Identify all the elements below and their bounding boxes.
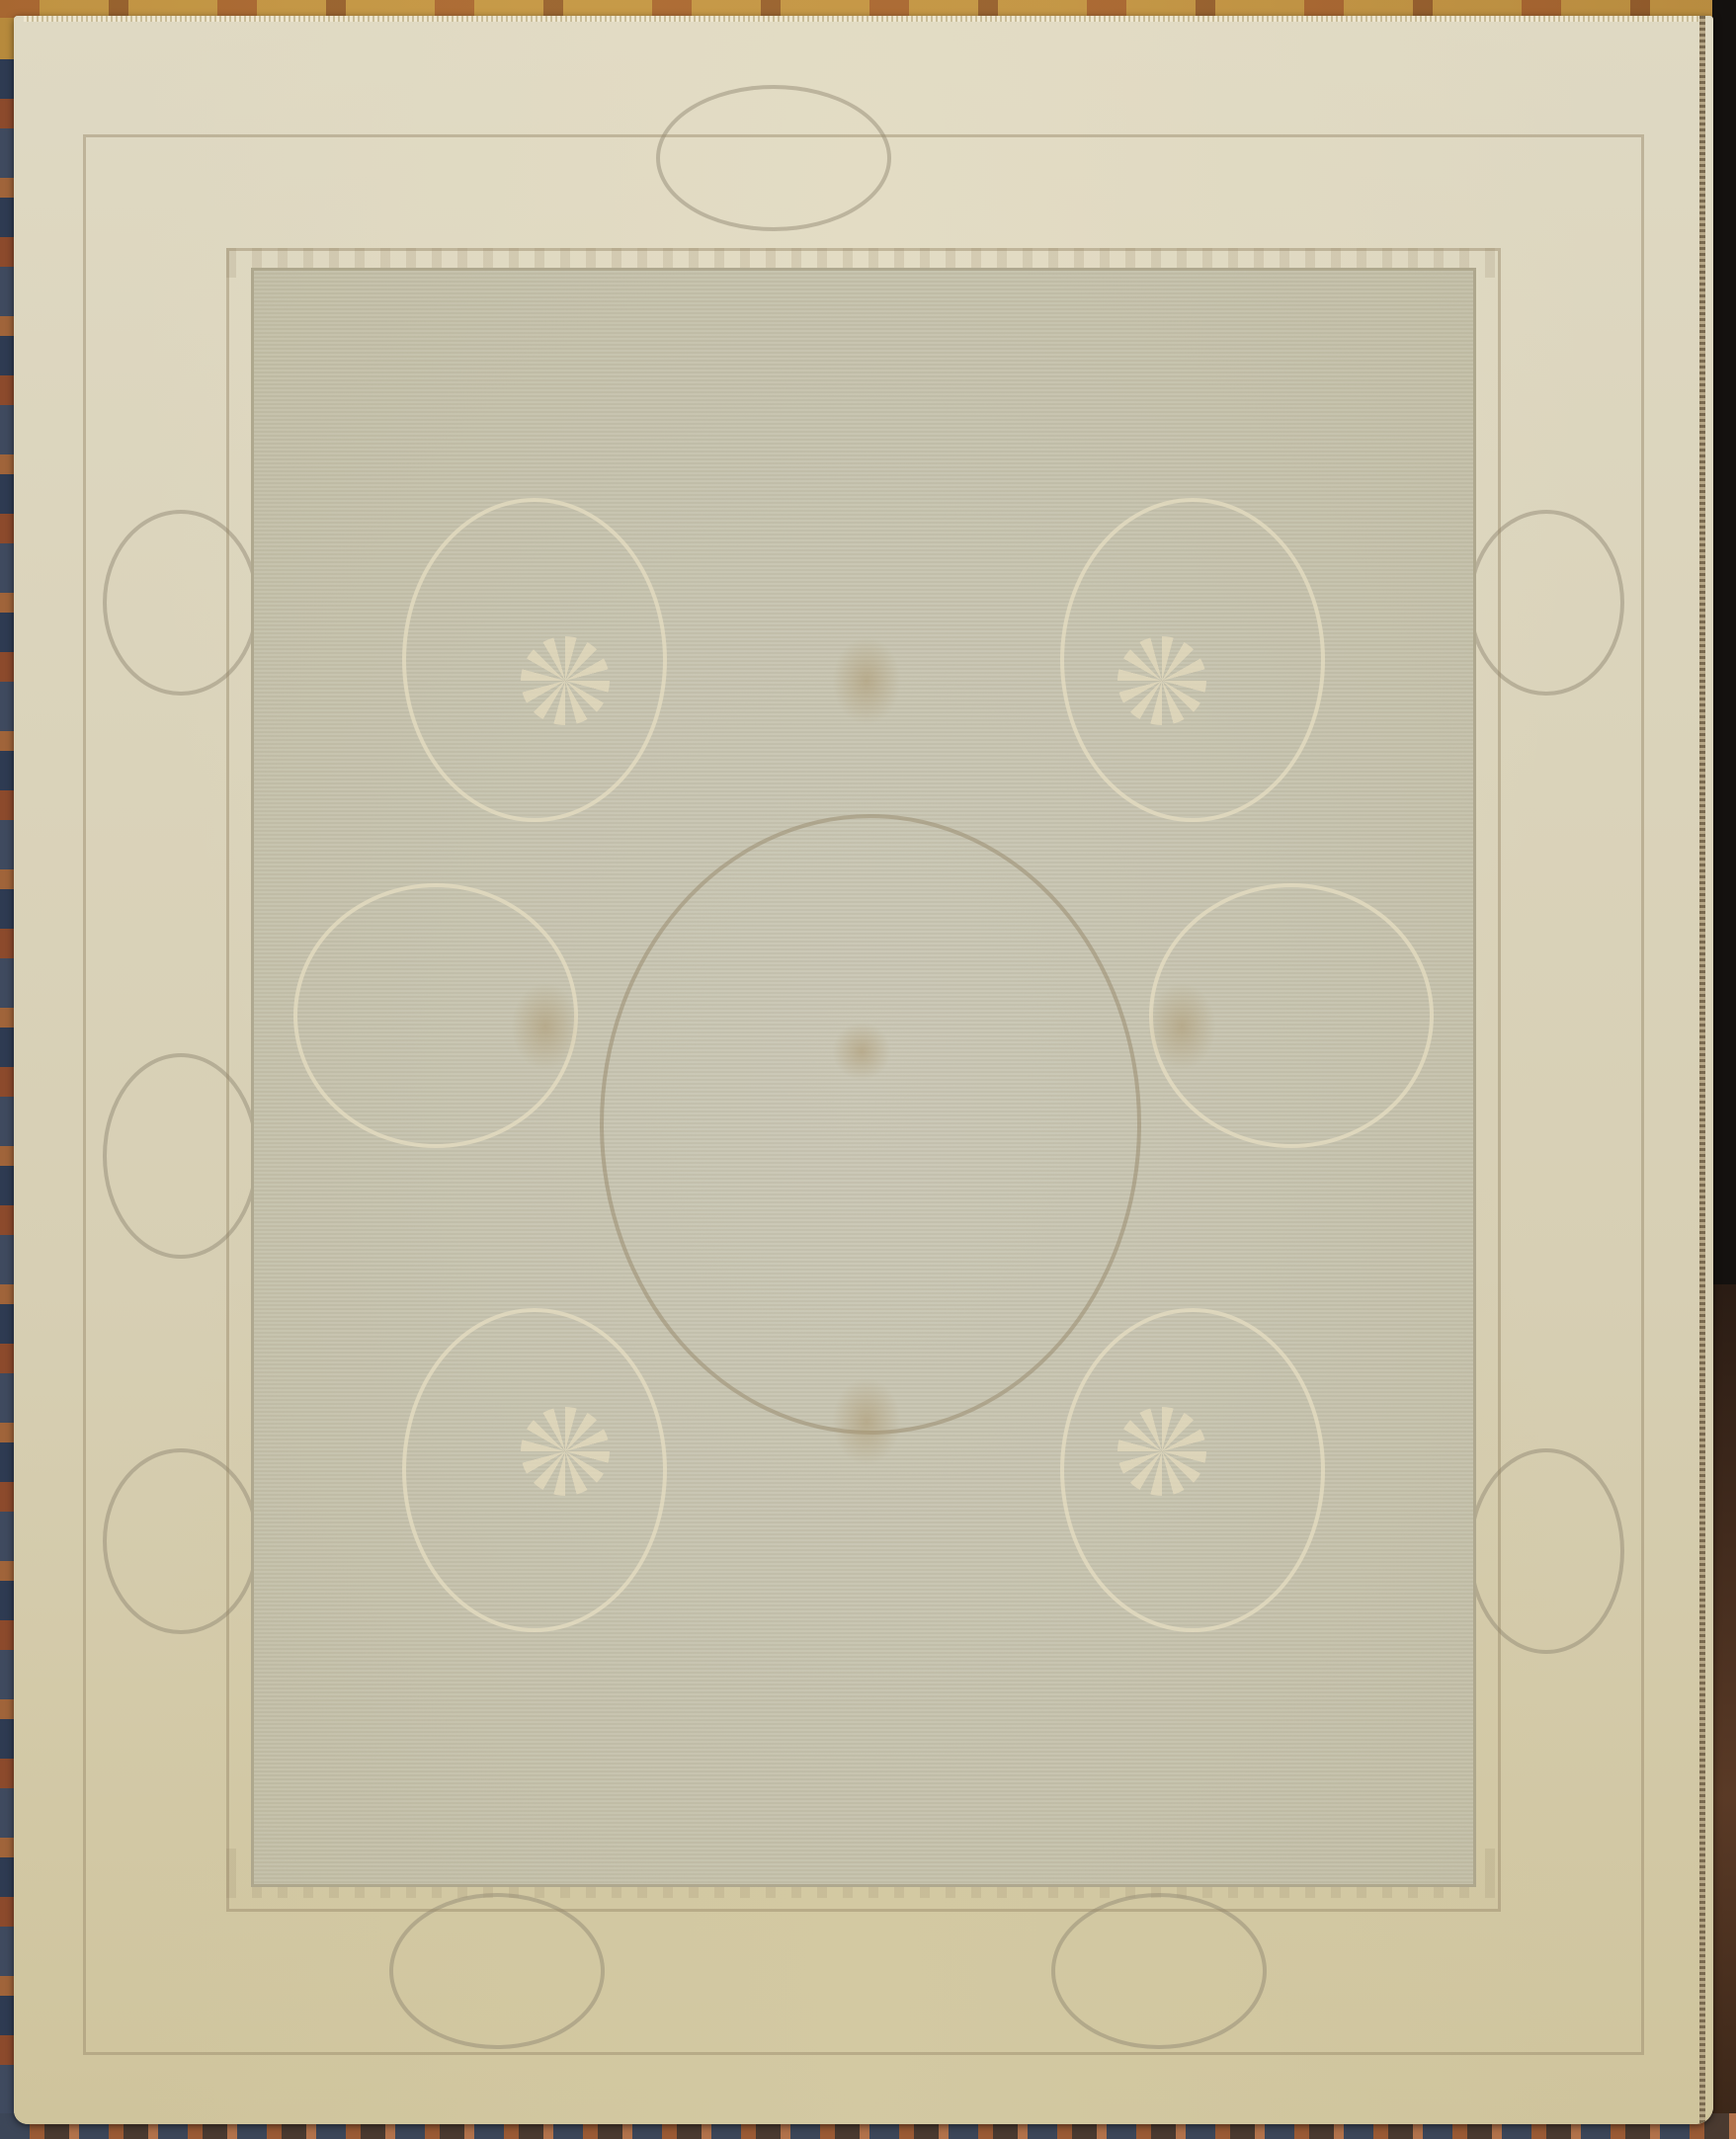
rug-fringe <box>24 16 1703 22</box>
palmette <box>832 636 901 725</box>
rosette <box>521 636 610 725</box>
rug-selvedge <box>1699 16 1705 2124</box>
central-vine-ring <box>600 814 1141 1435</box>
rosette <box>521 1407 610 1496</box>
palmette <box>832 1377 901 1466</box>
palmette <box>1147 982 1216 1071</box>
palmette <box>511 982 580 1071</box>
background-dark-right <box>1712 0 1736 2139</box>
rug-field <box>251 268 1476 1887</box>
rug <box>14 16 1713 2124</box>
rosette <box>1117 1407 1206 1496</box>
rosette <box>1117 636 1206 725</box>
center-motif <box>832 1022 891 1081</box>
photo-scene <box>0 0 1736 2139</box>
